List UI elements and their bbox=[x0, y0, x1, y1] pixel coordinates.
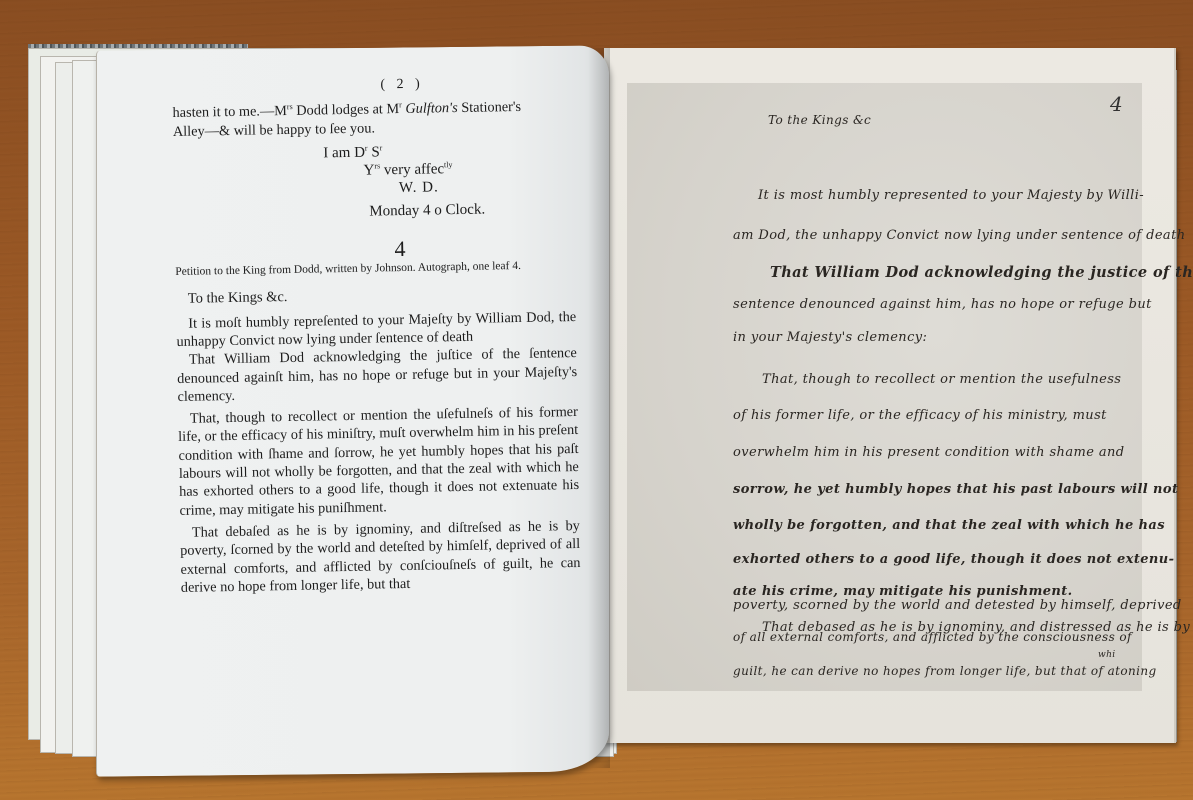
manuscript-line: wholly be forgotten, and that the zeal w… bbox=[733, 518, 1165, 533]
manuscript-line: exhorted others to a good life, though i… bbox=[733, 552, 1174, 567]
manuscript-line: in your Majesty's clemency: bbox=[733, 330, 927, 345]
manuscript-line: That, though to recollect or mention the… bbox=[762, 372, 1121, 387]
leaf-number: 4 bbox=[1110, 92, 1123, 116]
manuscript-line: guilt, he can derive no hopes from longe… bbox=[733, 664, 1157, 678]
letter-closing: I am Dr Sr Yrs very affectly W. D. Monda… bbox=[173, 140, 574, 224]
letter-date: Monday 4 o Clock. bbox=[174, 199, 574, 224]
spine-shadow bbox=[588, 48, 610, 768]
manuscript-line: poverty, scorned by the world and detest… bbox=[733, 598, 1182, 613]
petition-paragraph: That, though to recollect or mention the… bbox=[178, 403, 580, 520]
manuscript-line: of all external comforts, and afflicted … bbox=[733, 630, 1132, 644]
manuscript-line: ate his crime, may mitigate his punishme… bbox=[733, 584, 1073, 599]
petition-salutation: To the Kings &c. bbox=[176, 283, 576, 308]
letter-ending: hasten it to me.—Mrs Dodd lodges at Mr G… bbox=[172, 97, 573, 141]
manuscript-line: overwhelm him in his present condition w… bbox=[733, 445, 1124, 460]
manuscript-line: To the Kings &c bbox=[768, 113, 871, 127]
petition-paragraph: That William Dod acknowledging the juſti… bbox=[177, 344, 578, 406]
interlinear-note: whi bbox=[1098, 650, 1116, 660]
manuscript-line: am Dod, the unhappy Convict now lying un… bbox=[733, 228, 1185, 243]
manuscript-line: of his former life, or the efficacy of h… bbox=[733, 408, 1107, 423]
manuscript-line: It is most humbly represented to your Ma… bbox=[758, 188, 1144, 203]
printed-text: ( 2 ) hasten it to me.—Mrs Dodd lodges a… bbox=[172, 73, 581, 597]
manuscript-line: sorrow, he yet humbly hopes that his pas… bbox=[733, 482, 1178, 497]
manuscript-line: sentence denounced against him, has no h… bbox=[733, 297, 1152, 312]
manuscript-line: That William Dod acknowledging the justi… bbox=[770, 264, 1193, 281]
petition-paragraph: That debaſed as he is by ignominy, and d… bbox=[180, 517, 581, 597]
